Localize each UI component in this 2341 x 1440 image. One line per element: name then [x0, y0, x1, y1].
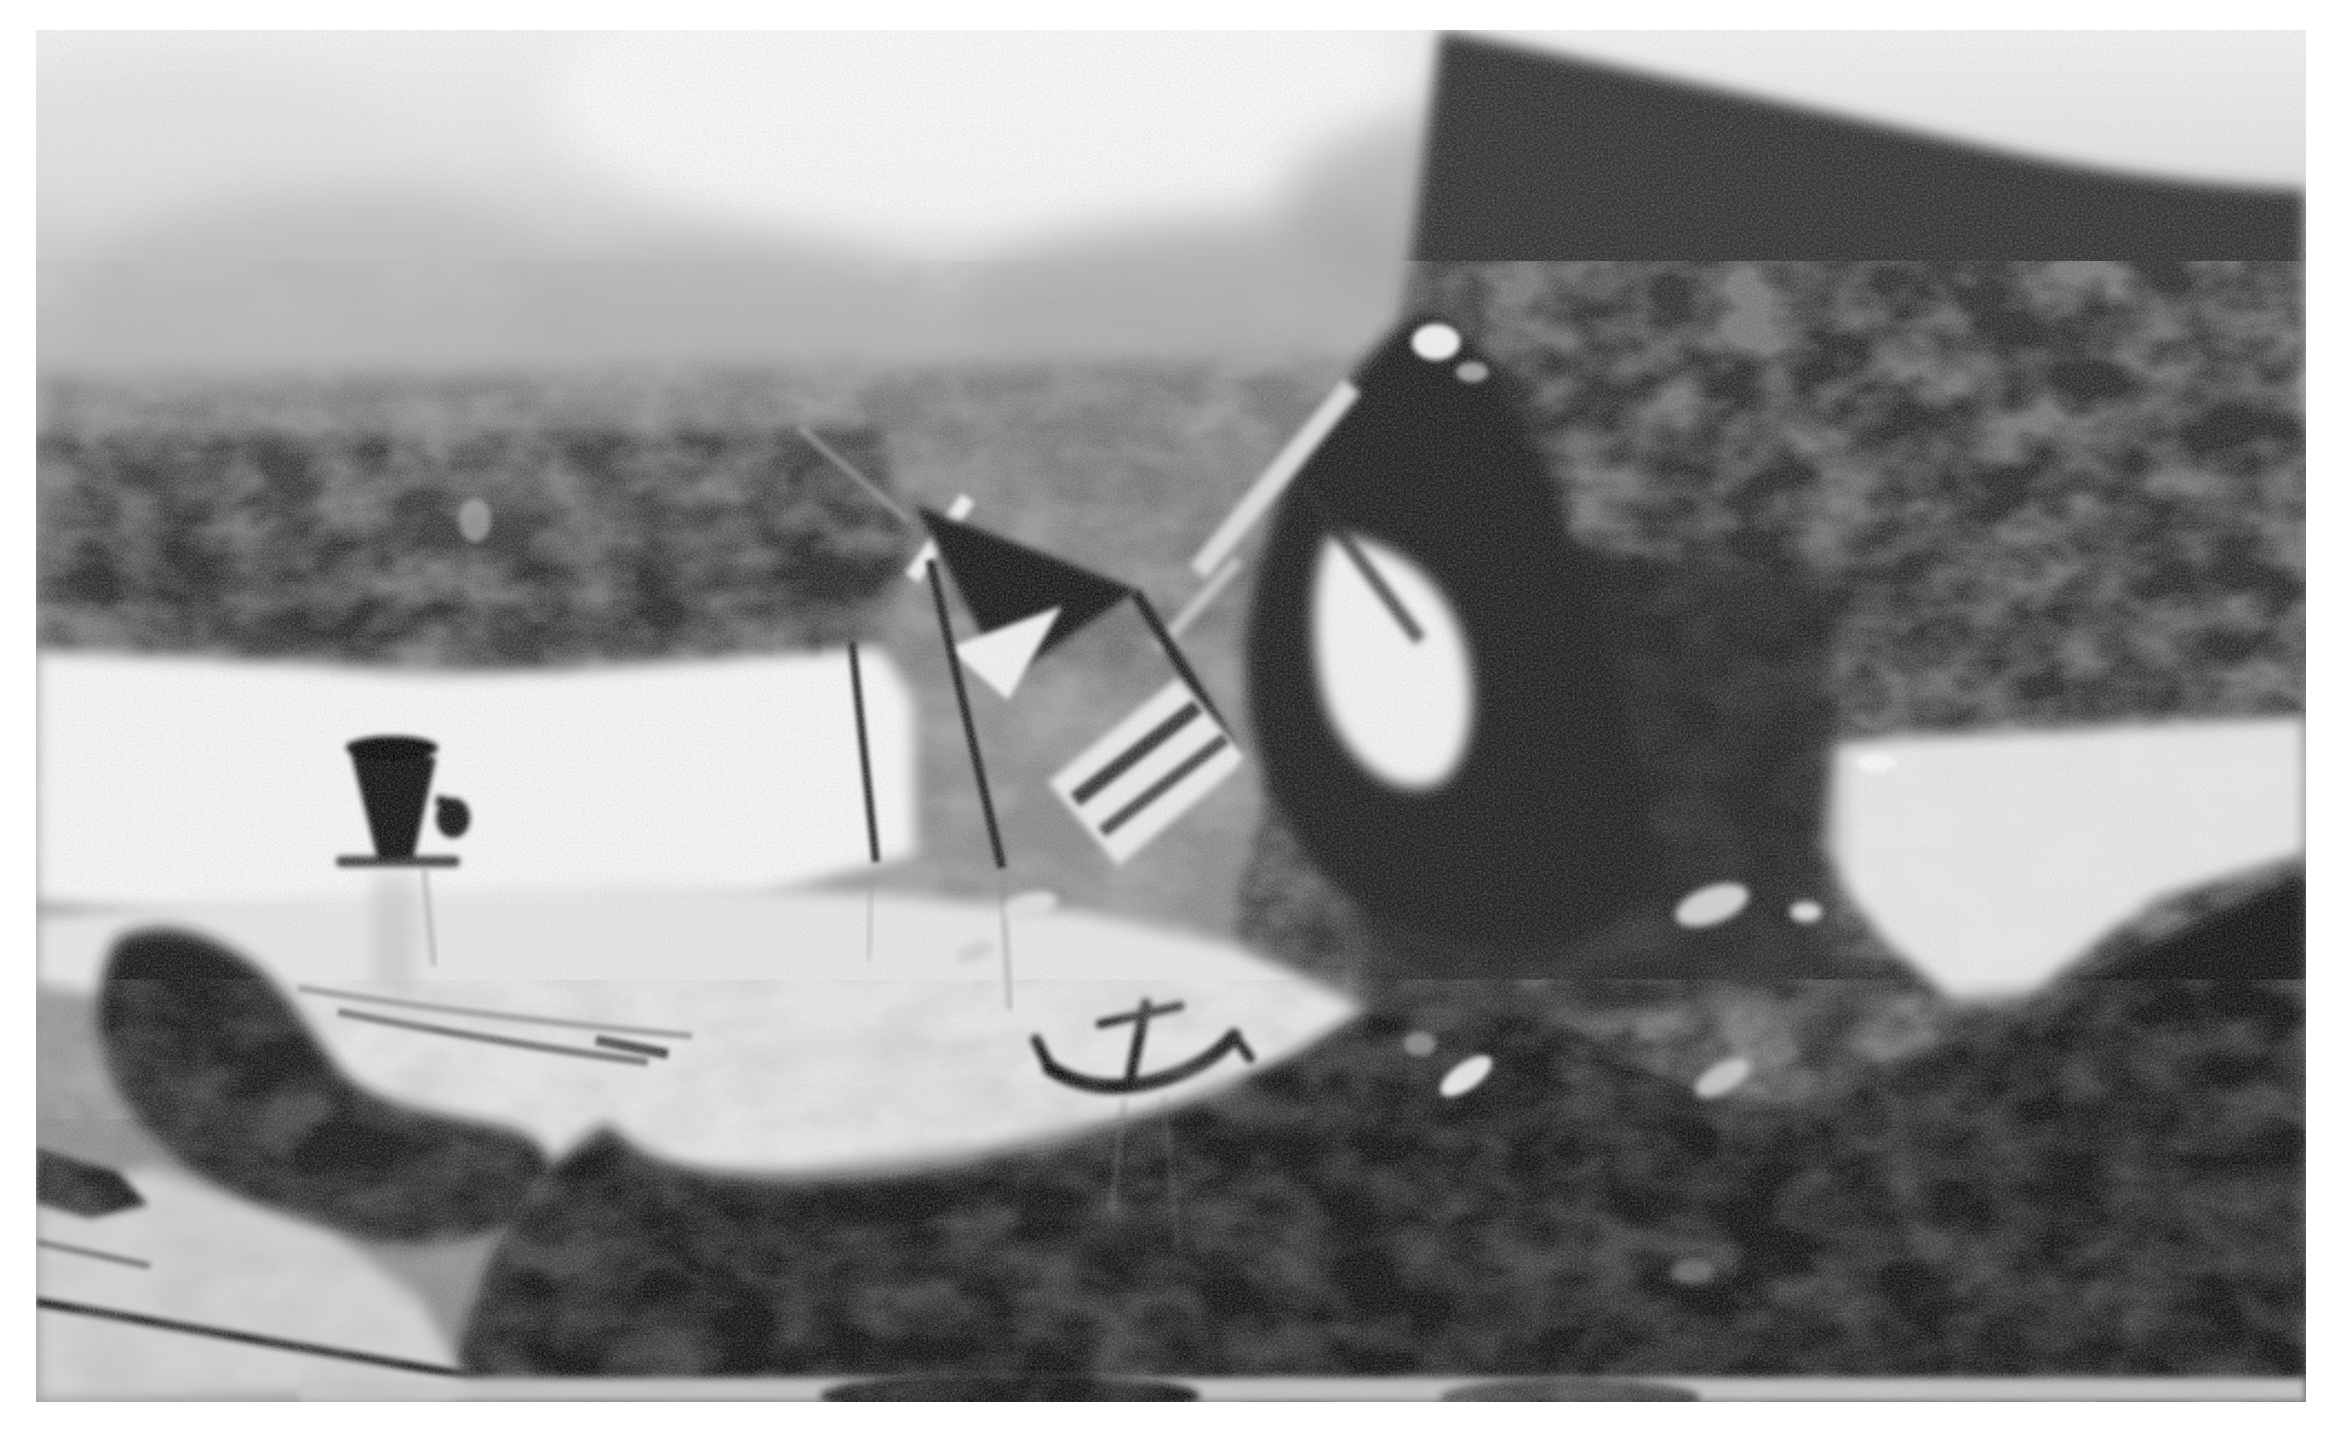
page: [0, 0, 2341, 1440]
photo-grain-overlay: [36, 30, 2306, 1402]
photograph: [0, 0, 2341, 1440]
photo-canvas: [0, 0, 2341, 1440]
